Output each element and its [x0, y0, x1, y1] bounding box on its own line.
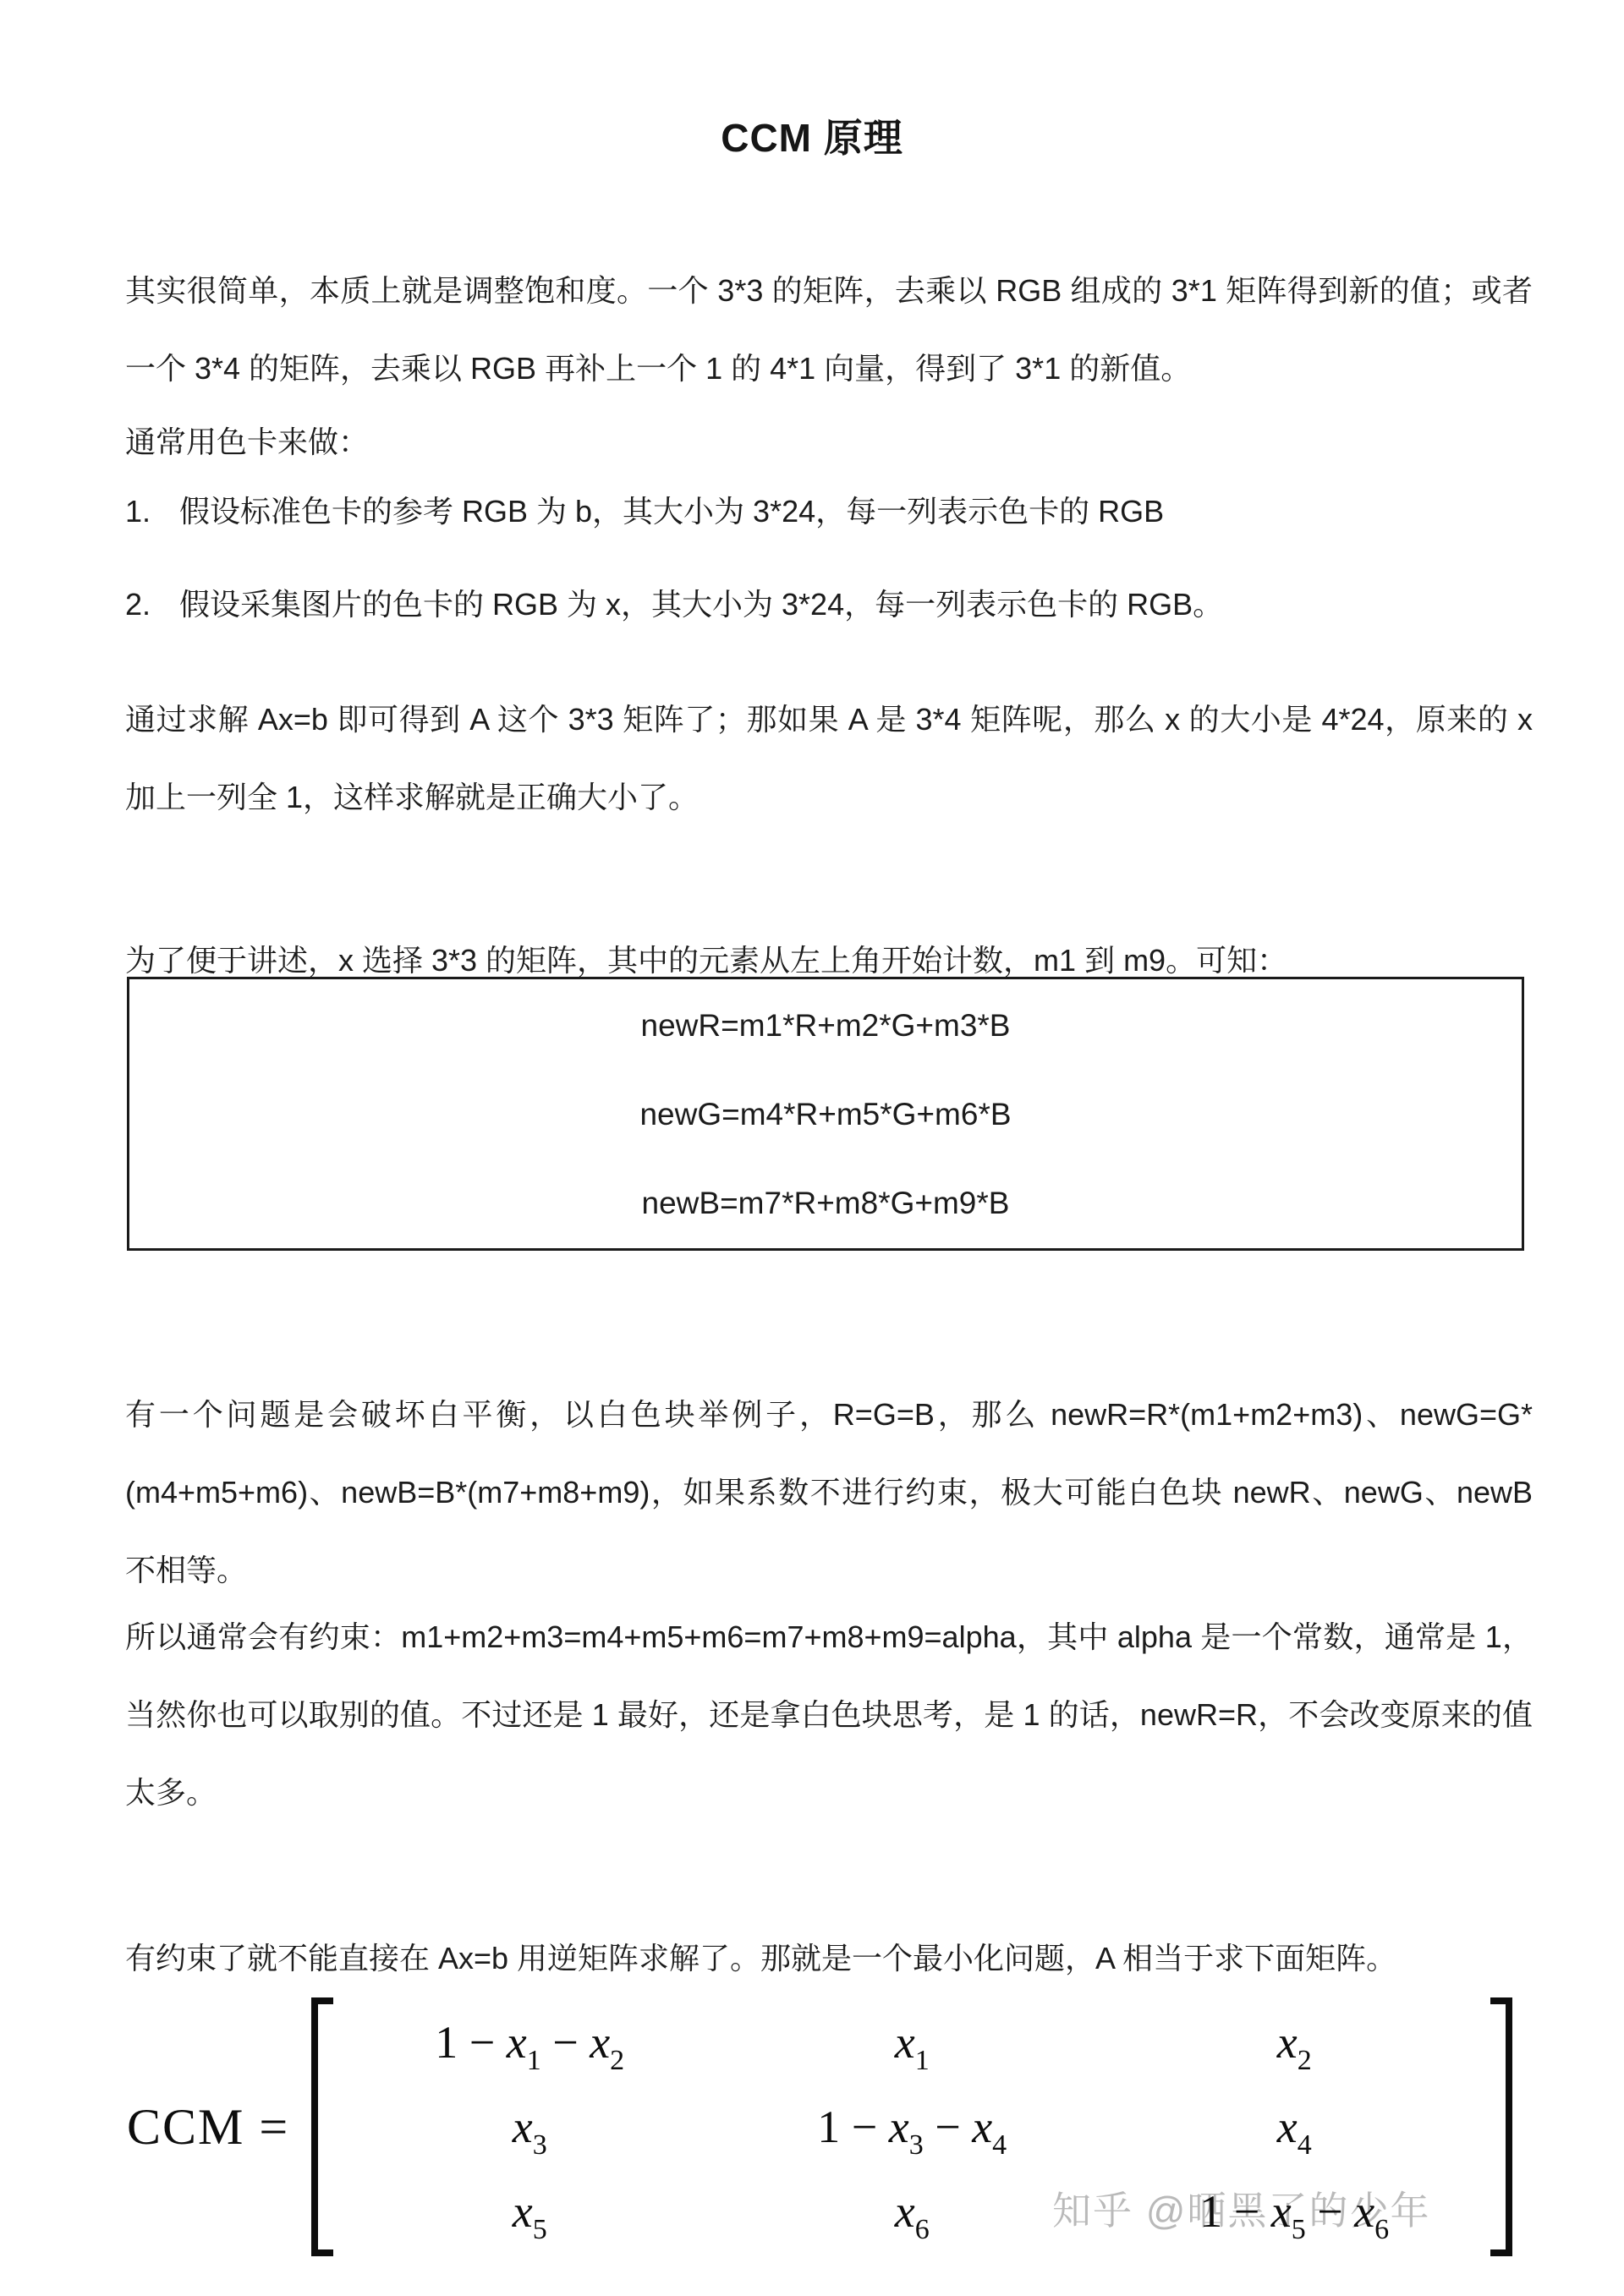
page-title: CCM 原理 [0, 107, 1624, 163]
list-item-number: 1. [125, 473, 179, 551]
matrix-cell: x2 [1103, 2000, 1485, 2085]
matrix-cell: 1 − x1 − x2 [338, 2000, 721, 2085]
list-item-number: 2. [125, 566, 179, 644]
matrix-left-bracket-icon [311, 1997, 333, 2256]
formula-box: newR=m1*R+m2*G+m3*B newG=m4*R+m5*G+m6*B … [127, 977, 1524, 1251]
matrix-cell: 1 − x5 − x6 [1103, 2169, 1485, 2254]
paragraph-minimization: 有约束了就不能直接在 Ax=b 用逆矩阵求解了。那就是一个最小化问题，A 相当于… [125, 1920, 1533, 1997]
list-item-1: 1. 假设标准色卡的参考 RGB 为 b，其大小为 3*24，每一列表示色卡的 … [125, 473, 1533, 551]
formula-newG: newG=m4*R+m5*G+m6*B [129, 1070, 1522, 1159]
matrix-cell: x3 [338, 2085, 721, 2169]
formula-newB: newB=m7*R+m8*G+m9*B [129, 1159, 1522, 1247]
matrix-cell: x5 [338, 2169, 721, 2254]
matrix-lhs-label: CCM = [127, 2098, 289, 2156]
matrix-grid: 1 − x1 − x2x1x2x31 − x3 − x4x4x5x61 − x5… [338, 2000, 1485, 2254]
matrix-cell: x1 [721, 2000, 1103, 2085]
paragraph-solve-axb: 通过求解 Ax=b 即可得到 A 这个 3*3 矩阵了；那如果 A 是 3*4 … [125, 681, 1533, 836]
document-page: CCM 原理 其实很简单，本质上就是调整饱和度。一个 3*3 的矩阵，去乘以 R… [0, 0, 1624, 2296]
list-item-text: 假设标准色卡的参考 RGB 为 b，其大小为 3*24，每一列表示色卡的 RGB [179, 473, 1533, 551]
matrix-right-bracket-icon [1490, 1997, 1512, 2256]
paragraph-colorcard-lead: 通常用色卡来做： [125, 403, 1533, 481]
matrix-cell: x6 [721, 2169, 1103, 2254]
matrix-cell: x4 [1103, 2085, 1485, 2169]
list-item-text: 假设采集图片的色卡的 RGB 为 x，其大小为 3*24，每一列表示色卡的 RG… [179, 566, 1533, 644]
paragraph-white-balance: 有一个问题是会破坏白平衡，以白色块举例子，R=G=B，那么 newR=R*(m1… [125, 1376, 1533, 1609]
formula-newR: newR=m1*R+m2*G+m3*B [129, 981, 1522, 1070]
paragraph-intro: 其实很简单，本质上就是调整饱和度。一个 3*3 的矩阵，去乘以 RGB 组成的 … [125, 252, 1533, 408]
list-item-2: 2. 假设采集图片的色卡的 RGB 为 x，其大小为 3*24，每一列表示色卡的… [125, 566, 1533, 644]
ccm-matrix: CCM = 1 − x1 − x2x1x2x31 − x3 − x4x4x5x6… [127, 1997, 1512, 2256]
paragraph-constraint: 所以通常会有约束：m1+m2+m3=m4+m5+m6=m7+m8+m9=alph… [125, 1598, 1533, 1832]
matrix-cell: 1 − x3 − x4 [721, 2085, 1103, 2169]
